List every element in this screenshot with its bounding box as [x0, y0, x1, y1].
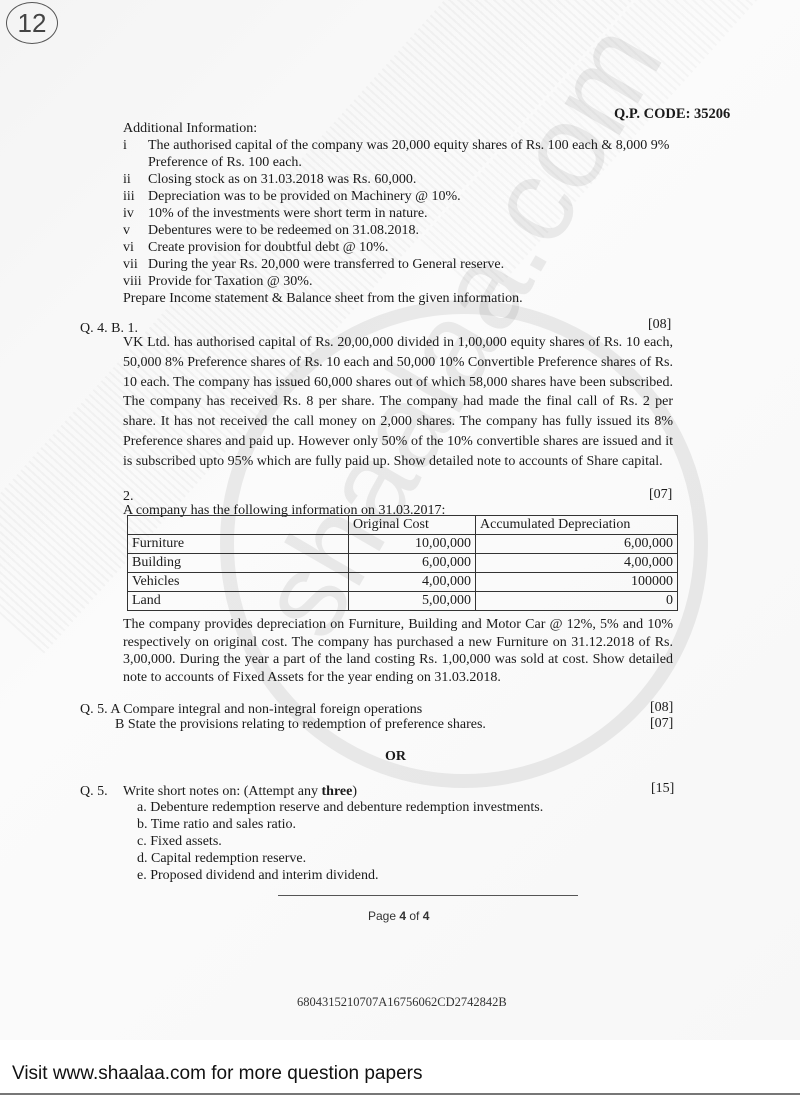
original-cost: 5,00,000	[349, 592, 476, 611]
accumulated-depreciation: 0	[476, 592, 678, 611]
instruction-emphasis: three	[322, 784, 353, 799]
asset-name: Building	[128, 554, 349, 573]
table-header-cell: Original Cost	[349, 516, 476, 535]
asset-name: Furniture	[128, 535, 349, 554]
info-item: iThe authorised capital of the company w…	[123, 137, 669, 154]
page-indicator: Page 4 of 4	[368, 909, 429, 923]
fixed-assets-table: Original Cost Accumulated Depreciation F…	[127, 515, 678, 611]
short-note-item: c. Fixed assets.	[137, 833, 222, 850]
visit-website-link[interactable]: Visit www.shaalaa.com for more question …	[12, 1063, 422, 1085]
short-note-item: a. Debenture redemption reserve and debe…	[137, 799, 543, 816]
info-item: viiDuring the year Rs. 20,000 were trans…	[123, 256, 504, 273]
question-label-q5b: B	[115, 717, 124, 732]
info-item-text: 10% of the investments were short term i…	[148, 206, 428, 221]
table-header-row: Original Cost Accumulated Depreciation	[128, 516, 678, 535]
question-text-q5a: Compare integral and non-integral foreig…	[123, 702, 422, 717]
accumulated-depreciation: 4,00,000	[476, 554, 678, 573]
short-note-item: b. Time ratio and sales ratio.	[137, 816, 296, 833]
info-item-text: Create provision for doubtful debt @ 10%…	[148, 240, 388, 255]
marks-q4b1: [08]	[648, 317, 671, 333]
info-item: vDebentures were to be redeemed on 31.08…	[123, 222, 419, 239]
info-item-text: Provide for Taxation @ 30%.	[148, 274, 312, 289]
footer-divider	[278, 895, 578, 896]
marks-q5-alt: [15]	[651, 781, 674, 797]
short-note-item: d. Capital redemption reserve.	[137, 850, 306, 867]
info-item-num: vi	[123, 239, 148, 256]
question-q5b: B State the provisions relating to redem…	[115, 716, 486, 733]
accumulated-depreciation: 6,00,000	[476, 535, 678, 554]
document-code: 6804315210707A16756062CD2742842B	[297, 995, 507, 1010]
question-label-q5a: Q. 5. A	[80, 702, 120, 717]
asset-name: Vehicles	[128, 573, 349, 592]
original-cost: 10,00,000	[349, 535, 476, 554]
info-item-num: i	[123, 137, 148, 154]
page-total: 4	[423, 909, 430, 923]
original-cost: 6,00,000	[349, 554, 476, 573]
info-instruction: Prepare Income statement & Balance sheet…	[123, 290, 523, 307]
info-item: viCreate provision for doubtful debt @ 1…	[123, 239, 388, 256]
page-of-label: of	[406, 909, 423, 923]
question-text-q5b: State the provisions relating to redempt…	[128, 717, 486, 732]
info-item-text: Debentures were to be redeemed on 31.08.…	[148, 223, 419, 238]
accumulated-depreciation: 100000	[476, 573, 678, 592]
table-header-cell	[128, 516, 349, 535]
info-item-num: iii	[123, 188, 148, 205]
table-row: Vehicles 4,00,000 100000	[128, 573, 678, 592]
question-text-q5-alt: Write short notes on: (Attempt any three…	[123, 783, 357, 800]
info-item-num: viii	[123, 273, 148, 290]
bottom-divider	[0, 1093, 800, 1095]
marks-q5a: [08]	[650, 700, 673, 716]
table-row: Land 5,00,000 0	[128, 592, 678, 611]
question-label-q5-alt: Q. 5.	[80, 783, 108, 800]
page-label: Page	[368, 909, 399, 923]
info-item: iv10% of the investments were short term…	[123, 205, 428, 222]
info-item-text: The authorised capital of the company wa…	[148, 138, 669, 153]
question-text-q4b1: VK Ltd. has authorised capital of Rs. 20…	[123, 333, 673, 472]
question-text-q4b2: The company provides depreciation on Fur…	[123, 616, 673, 686]
info-item-text: During the year Rs. 20,000 were transfer…	[148, 257, 504, 272]
info-item: viiiProvide for Taxation @ 30%.	[123, 273, 312, 290]
table-header-cell: Accumulated Depreciation	[476, 516, 678, 535]
info-item-num: ii	[123, 171, 148, 188]
table-row: Furniture 10,00,000 6,00,000	[128, 535, 678, 554]
instruction-text-end: )	[352, 784, 357, 799]
handwritten-page-number: 12	[6, 2, 58, 44]
instruction-text: Write short notes on: (Attempt any	[123, 784, 322, 799]
original-cost: 4,00,000	[349, 573, 476, 592]
table-row: Building 6,00,000 4,00,000	[128, 554, 678, 573]
asset-name: Land	[128, 592, 349, 611]
info-item-text: Depreciation was to be provided on Machi…	[148, 189, 461, 204]
info-item-num: iv	[123, 205, 148, 222]
marks-q4b2: [07]	[649, 487, 672, 503]
info-item: iiiDepreciation was to be provided on Ma…	[123, 188, 461, 205]
info-item-num: vii	[123, 256, 148, 273]
info-item: iiClosing stock as on 31.03.2018 was Rs.…	[123, 171, 416, 188]
additional-info-heading: Additional Information:	[123, 120, 257, 137]
info-item-num: v	[123, 222, 148, 239]
short-note-item: e. Proposed dividend and interim dividen…	[137, 867, 378, 884]
qp-code: Q.P. CODE: 35206	[614, 106, 730, 123]
marks-q5b: [07]	[650, 716, 673, 732]
or-separator: OR	[385, 749, 406, 765]
info-item-text: Closing stock as on 31.03.2018 was Rs. 6…	[148, 172, 416, 187]
info-item-continuation: Preference of Rs. 100 each.	[148, 154, 302, 171]
